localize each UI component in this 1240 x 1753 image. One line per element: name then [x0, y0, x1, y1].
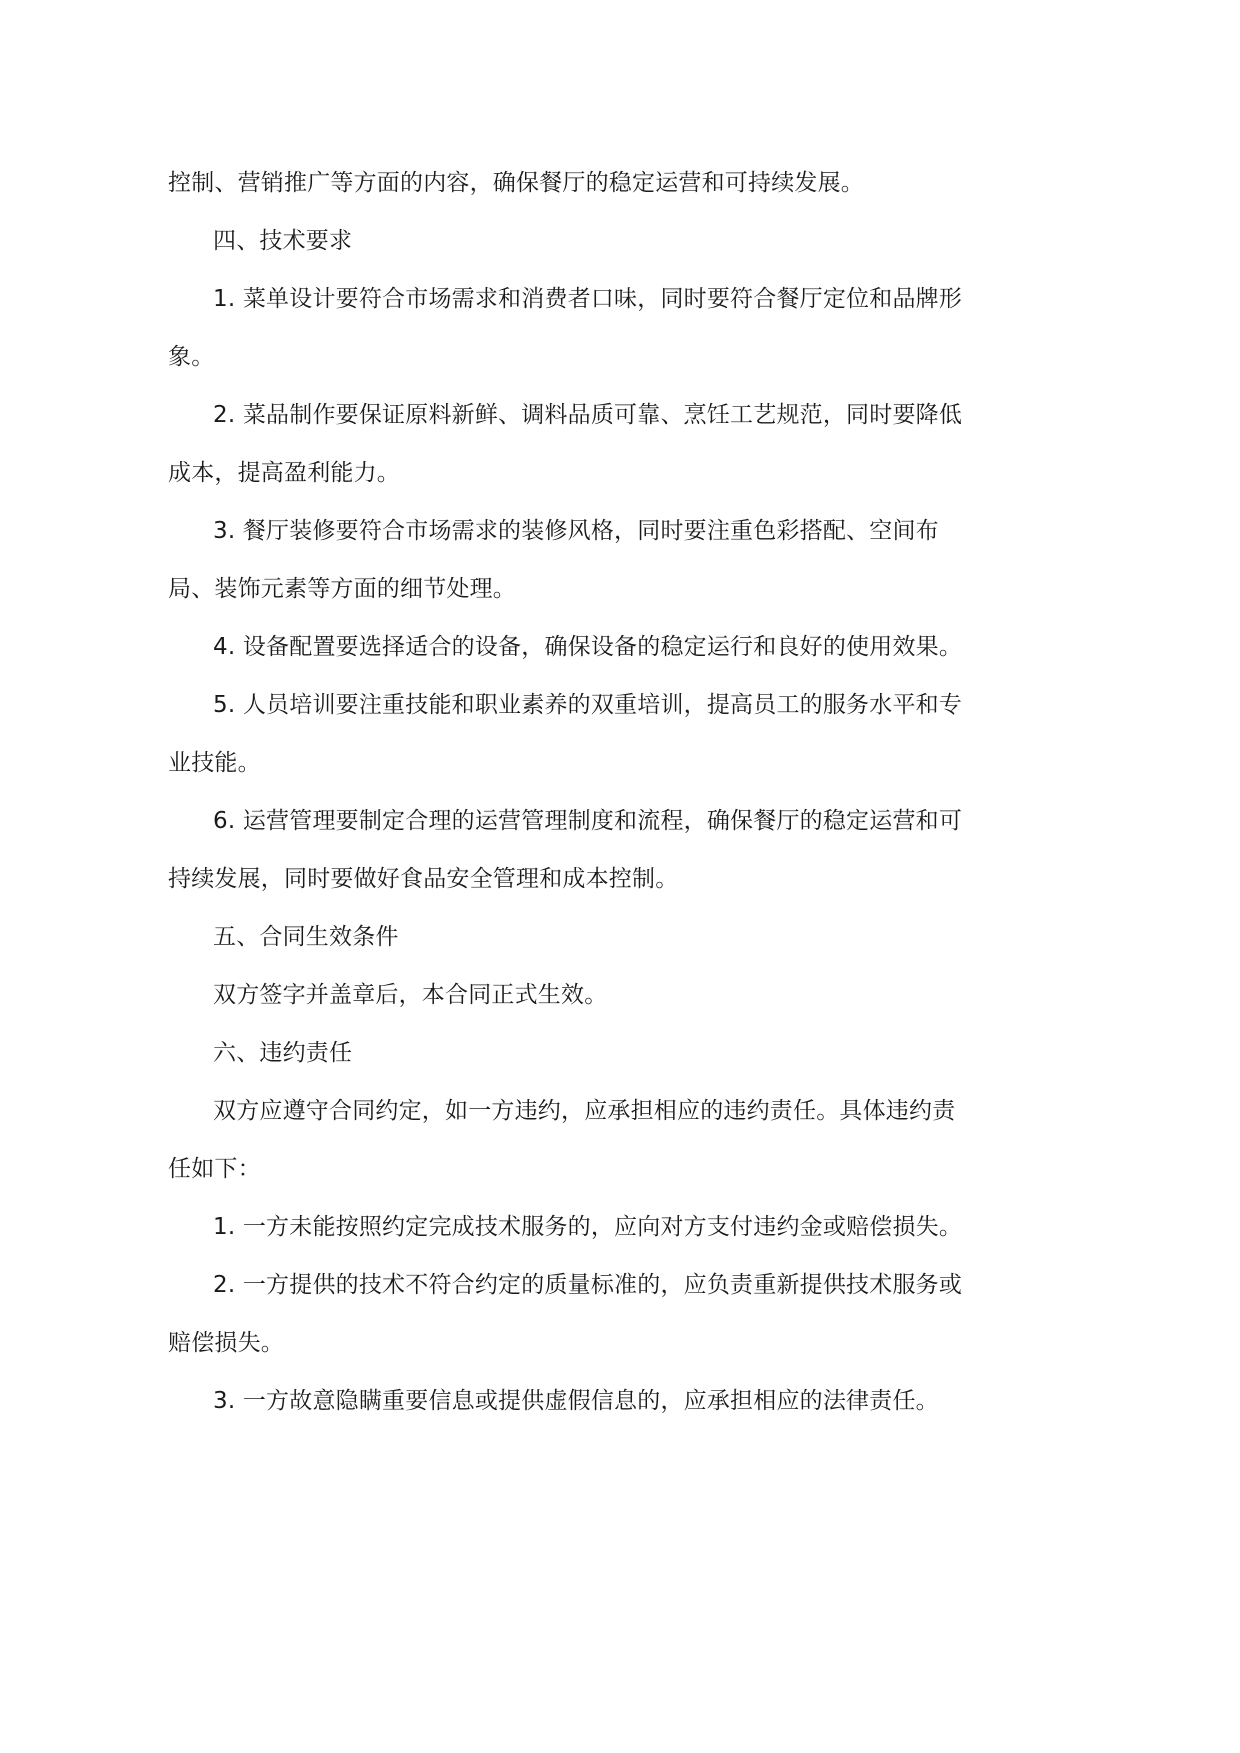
list-item-5-continuation: 业技能。 — [168, 743, 261, 783]
list-item-4-equipment: 4. 设备配置要选择适合的设备，确保设备的稳定运行和良好的使用效果。 — [213, 627, 962, 667]
paragraph-continuation-line: 控制、营销推广等方面的内容，确保餐厅的稳定运营和可持续发展。 — [168, 163, 864, 203]
liability-item-2-continuation: 赔偿损失。 — [168, 1323, 284, 1363]
list-item-2-dish-production: 2. 菜品制作要保证原料新鲜、调料品质可靠、烹饪工艺规范，同时要降低 — [213, 395, 962, 435]
effective-conditions-paragraph: 双方签字并盖章后，本合同正式生效。 — [213, 975, 607, 1015]
section-heading-liability: 六、违约责任 — [213, 1033, 352, 1073]
liability-intro-continuation: 任如下： — [168, 1149, 261, 1189]
liability-item-1: 1. 一方未能按照约定完成技术服务的，应向对方支付违约金或赔偿损失。 — [213, 1207, 962, 1247]
document-page: 控制、营销推广等方面的内容，确保餐厅的稳定运营和可持续发展。 四、技术要求 1.… — [0, 0, 1240, 1753]
list-item-6-operations: 6. 运营管理要制定合理的运营管理制度和流程，确保餐厅的稳定运营和可 — [213, 801, 962, 841]
list-item-1-menu-design: 1. 菜单设计要符合市场需求和消费者口味，同时要符合餐厅定位和品牌形 — [213, 279, 962, 319]
section-heading-technical-requirements: 四、技术要求 — [213, 221, 352, 261]
list-item-5-training: 5. 人员培训要注重技能和职业素养的双重培训，提高员工的服务水平和专 — [213, 685, 962, 725]
liability-intro-paragraph: 双方应遵守合同约定，如一方违约，应承担相应的违约责任。具体违约责 — [213, 1091, 955, 1131]
list-item-2-continuation: 成本，提高盈利能力。 — [168, 453, 400, 493]
list-item-3-decoration: 3. 餐厅装修要符合市场需求的装修风格，同时要注重色彩搭配、空间布 — [213, 511, 939, 551]
section-heading-effective-conditions: 五、合同生效条件 — [213, 917, 399, 957]
list-item-6-continuation: 持续发展，同时要做好食品安全管理和成本控制。 — [168, 859, 678, 899]
list-item-3-continuation: 局、装饰元素等方面的细节处理。 — [168, 569, 516, 609]
liability-item-3: 3. 一方故意隐瞒重要信息或提供虚假信息的，应承担相应的法律责任。 — [213, 1381, 939, 1421]
liability-item-2: 2. 一方提供的技术不符合约定的质量标准的，应负责重新提供技术服务或 — [213, 1265, 962, 1305]
list-item-1-continuation: 象。 — [168, 337, 214, 377]
